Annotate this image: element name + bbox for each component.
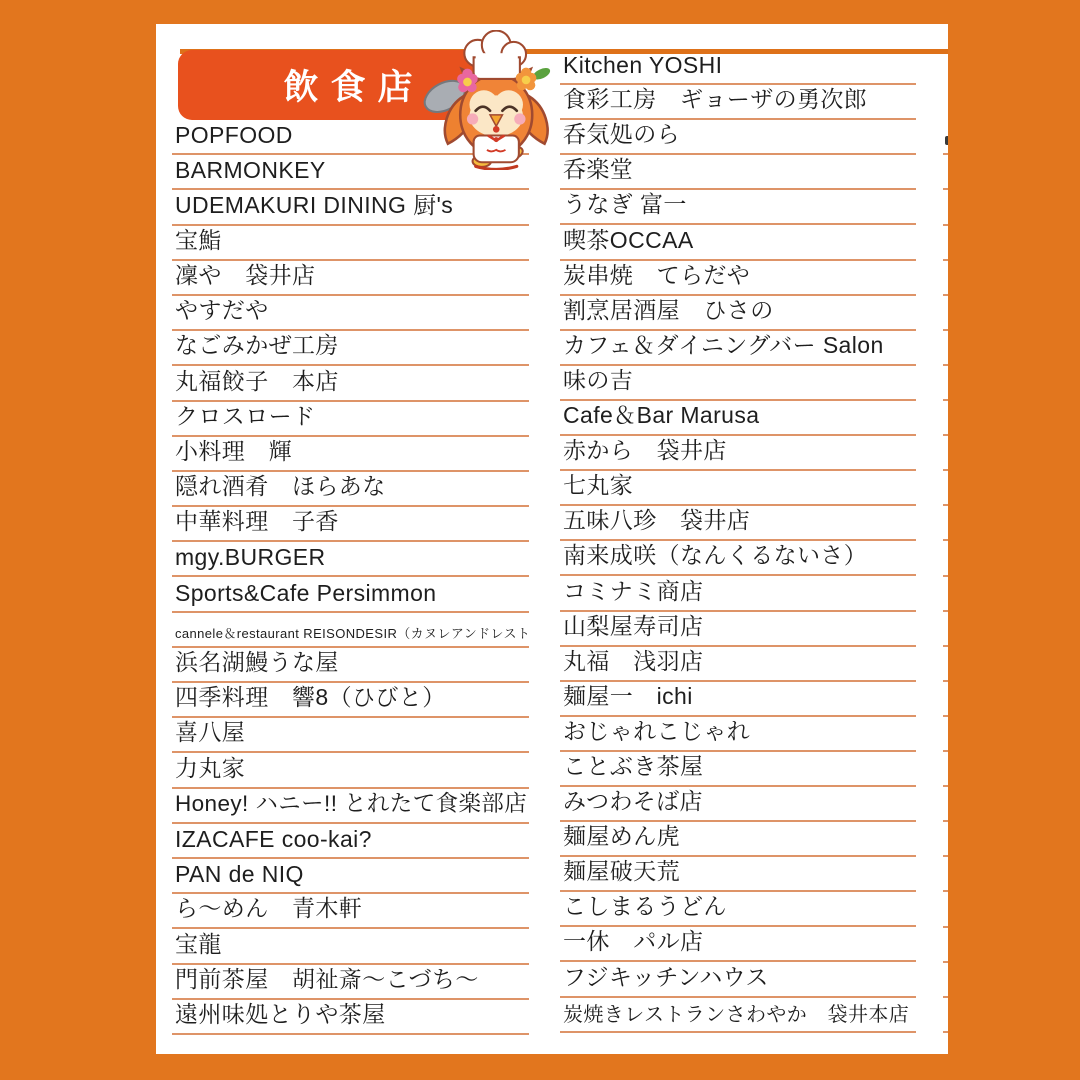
cropped-column-text-fragment (945, 136, 948, 145)
restaurant-name: 丸福餃子 本店 (175, 366, 339, 395)
list-item: 七丸家 (560, 471, 916, 506)
restaurant-name: PAN de NIQ (175, 861, 304, 888)
cropped-column-line-fragment (943, 575, 948, 577)
restaurant-name: Sports&Cafe Persimmon (175, 580, 437, 607)
restaurant-name: こしまるうどん (563, 892, 727, 921)
cropped-column-line-fragment (943, 153, 948, 155)
restaurant-name: 凜や 袋井店 (175, 261, 315, 290)
restaurant-name: クロスロード (175, 402, 315, 431)
restaurant-name: 麺屋一 ichi (563, 682, 693, 711)
cropped-column-line-fragment (943, 855, 948, 857)
restaurant-name: フジキッチンハウス (563, 962, 769, 991)
restaurant-name: ら～めん 青木軒 (175, 894, 362, 923)
list-item: 遠州味処とりや茶屋 (172, 1000, 529, 1035)
restaurant-name: POPFOOD (175, 122, 293, 149)
restaurant-name: 宝龍 (175, 929, 222, 958)
restaurant-name: 炭串焼 てらだや (563, 261, 750, 290)
restaurant-name: 四季料理 響8（ひびと） (175, 683, 446, 712)
list-item: Kitchen YOSHI (560, 50, 916, 85)
list-item: 宝鮨 (172, 226, 529, 261)
list-item: 割烹居酒屋 ひさの (560, 296, 916, 331)
list-item: 山梨屋寿司店 (560, 612, 916, 647)
cropped-column-line-fragment (943, 399, 948, 401)
restaurant-name: UDEMAKURI DINING 厨's (175, 190, 453, 219)
restaurant-name: cannele＆restaurant REISONDESIR（カヌレアンドレスト… (175, 623, 529, 642)
cropped-column-line-fragment (943, 188, 948, 190)
cropped-column-line-fragment (943, 504, 948, 506)
cropped-column-line-fragment (943, 926, 948, 928)
list-item: ことぶき茶屋 (560, 752, 916, 787)
list-item: 呑気処のら (560, 120, 916, 155)
list-item: 丸福 浅羽店 (560, 647, 916, 682)
list-item: 四季料理 響8（ひびと） (172, 683, 529, 718)
cropped-column-line-fragment (943, 785, 948, 787)
restaurant-name: 食彩工房 ギョーザの勇次郎 (563, 85, 867, 114)
restaurant-name: うなぎ 富一 (563, 190, 687, 219)
cropped-column-line-fragment (943, 259, 948, 261)
list-item: フジキッチンハウス (560, 962, 916, 997)
list-item: 麺屋めん虎 (560, 822, 916, 857)
list-item: 呑楽堂 (560, 155, 916, 190)
list-item: 隠れ酒肴 ほらあな (172, 472, 529, 507)
restaurant-name: 隠れ酒肴 ほらあな (175, 472, 386, 501)
cropped-column-line-fragment (943, 329, 948, 331)
restaurant-name: 五味八珍 袋井店 (563, 506, 750, 535)
restaurant-name: BARMONKEY (175, 157, 326, 184)
list-item: 食彩工房 ギョーザの勇次郎 (560, 85, 916, 120)
restaurant-name: 浜名湖鰻うな屋 (175, 648, 339, 677)
restaurant-name: なごみかぜ工房 (175, 331, 339, 360)
restaurant-name: Honey! ハニー!! とれたて食楽部店 (175, 789, 527, 818)
list-item: 喫茶OCCAA (560, 225, 916, 260)
cropped-column-line-fragment (943, 715, 948, 717)
list-item: クロスロード (172, 402, 529, 437)
cropped-column-line-fragment (943, 364, 948, 366)
list-item: 丸福餃子 本店 (172, 366, 529, 401)
list-item: 宝龍 (172, 929, 529, 964)
cropped-column-line-fragment (943, 890, 948, 892)
list-item: PAN de NIQ (172, 859, 529, 894)
restaurant-name: 遠州味処とりや茶屋 (175, 1000, 386, 1029)
list-item: 南来成咲（なんくるないさ） (560, 541, 916, 576)
restaurant-name: カフェ＆ダイニングバー Salon (563, 331, 884, 360)
restaurant-name: 南来成咲（なんくるないさ） (563, 541, 867, 570)
list-item: うなぎ 富一 (560, 190, 916, 225)
restaurant-name: 七丸家 (563, 471, 633, 500)
restaurant-name: mgy.BURGER (175, 544, 326, 571)
list-item: みつわそば店 (560, 787, 916, 822)
restaurant-name: 宝鮨 (175, 226, 222, 255)
restaurant-name: 山梨屋寿司店 (563, 612, 703, 641)
restaurant-list-right: Kitchen YOSHI食彩工房 ギョーザの勇次郎呑気処のら呑楽堂うなぎ 富一… (560, 50, 916, 1033)
list-item: 浜名湖鰻うな屋 (172, 648, 529, 683)
list-item: 麺屋一 ichi (560, 682, 916, 717)
restaurant-name: 喜八屋 (175, 718, 245, 747)
restaurant-name: 割烹居酒屋 ひさの (563, 296, 774, 325)
list-item: こしまるうどん (560, 892, 916, 927)
list-item: 門前茶屋 胡祉斎～こづち～ (172, 965, 529, 1000)
list-item: 凜や 袋井店 (172, 261, 529, 296)
cropped-column-line-fragment (943, 645, 948, 647)
list-item: 一休 パル店 (560, 927, 916, 962)
restaurant-name: ことぶき茶屋 (563, 752, 703, 781)
list-item: cannele＆restaurant REISONDESIR（カヌレアンドレスト… (172, 613, 529, 648)
cropped-column-line-fragment (943, 996, 948, 998)
cropped-column-line-fragment (943, 610, 948, 612)
restaurant-name: 赤から 袋井店 (563, 436, 727, 465)
cropped-column-line-fragment (943, 469, 948, 471)
list-item: 炭焼きレストランさわやか 袋井本店 (560, 998, 916, 1033)
list-item: 赤から 袋井店 (560, 436, 916, 471)
cropped-column-line-fragment (943, 224, 948, 226)
restaurant-name: IZACAFE coo-kai? (175, 826, 372, 853)
restaurant-name: 呑気処のら (563, 120, 680, 149)
list-item: 中華料理 子香 (172, 507, 529, 542)
restaurant-name: 一休 パル店 (563, 927, 703, 956)
cropped-column-line-fragment (943, 539, 948, 541)
list-item: なごみかぜ工房 (172, 331, 529, 366)
list-item: コミナミ商店 (560, 576, 916, 611)
list-item: やすだや (172, 296, 529, 331)
restaurant-name: 力丸家 (175, 753, 245, 782)
cropped-column-line-fragment (943, 434, 948, 436)
list-item: 味の吉 (560, 366, 916, 401)
list-item: ら～めん 青木軒 (172, 894, 529, 929)
restaurant-name: 門前茶屋 胡祉斎～こづち～ (175, 965, 479, 994)
flyer-background: 飲食店 (0, 0, 1080, 1080)
list-item: Sports&Cafe Persimmon (172, 577, 529, 612)
restaurant-list-left: POPFOODBARMONKEYUDEMAKURI DINING 厨's宝鮨凜や… (172, 120, 529, 1035)
list-item: Cafe＆Bar Marusa (560, 401, 916, 436)
restaurant-name: 中華料理 子香 (175, 507, 339, 536)
restaurant-name: コミナミ商店 (563, 576, 703, 605)
list-item: カフェ＆ダイニングバー Salon (560, 331, 916, 366)
cropped-column-line-fragment (943, 961, 948, 963)
restaurant-name: おじゃれこじゃれ (563, 717, 750, 746)
cropped-column-line-fragment (943, 750, 948, 752)
restaurant-name: 喫茶OCCAA (563, 225, 694, 254)
category-badge-label: 飲食店 (271, 60, 424, 110)
cropped-column-line-fragment (943, 820, 948, 822)
list-item: 力丸家 (172, 753, 529, 788)
list-item: mgy.BURGER (172, 542, 529, 577)
restaurant-name: Kitchen YOSHI (563, 52, 722, 79)
restaurant-name: やすだや (175, 296, 269, 325)
restaurant-name: 小料理 輝 (175, 437, 292, 466)
cropped-column-line-fragment (943, 1031, 948, 1033)
list-item: Honey! ハニー!! とれたて食楽部店 (172, 789, 529, 824)
restaurant-name: 炭焼きレストランさわやか 袋井本店 (563, 998, 909, 1027)
cropped-column-line-fragment (943, 294, 948, 296)
restaurant-name: 味の吉 (563, 366, 633, 395)
restaurant-name: みつわそば店 (563, 787, 703, 816)
restaurant-name: Cafe＆Bar Marusa (563, 401, 759, 430)
restaurant-name: 呑楽堂 (563, 155, 633, 184)
cropped-column-line-fragment (943, 680, 948, 682)
restaurant-name: 麺屋めん虎 (563, 822, 680, 851)
list-item: IZACAFE coo-kai? (172, 824, 529, 859)
flyer-card: 飲食店 (156, 24, 948, 1054)
list-item: 喜八屋 (172, 718, 529, 753)
restaurant-name: 麺屋破天荒 (563, 857, 680, 886)
list-item: 炭串焼 てらだや (560, 261, 916, 296)
list-item: 小料理 輝 (172, 437, 529, 472)
list-item: UDEMAKURI DINING 厨's (172, 190, 529, 225)
chef-owl-mascot-icon (416, 30, 560, 170)
orange-flower-icon (516, 66, 552, 91)
list-item: 麺屋破天荒 (560, 857, 916, 892)
restaurant-name: 丸福 浅羽店 (563, 647, 703, 676)
list-item: おじゃれこじゃれ (560, 717, 916, 752)
list-item: 五味八珍 袋井店 (560, 506, 916, 541)
